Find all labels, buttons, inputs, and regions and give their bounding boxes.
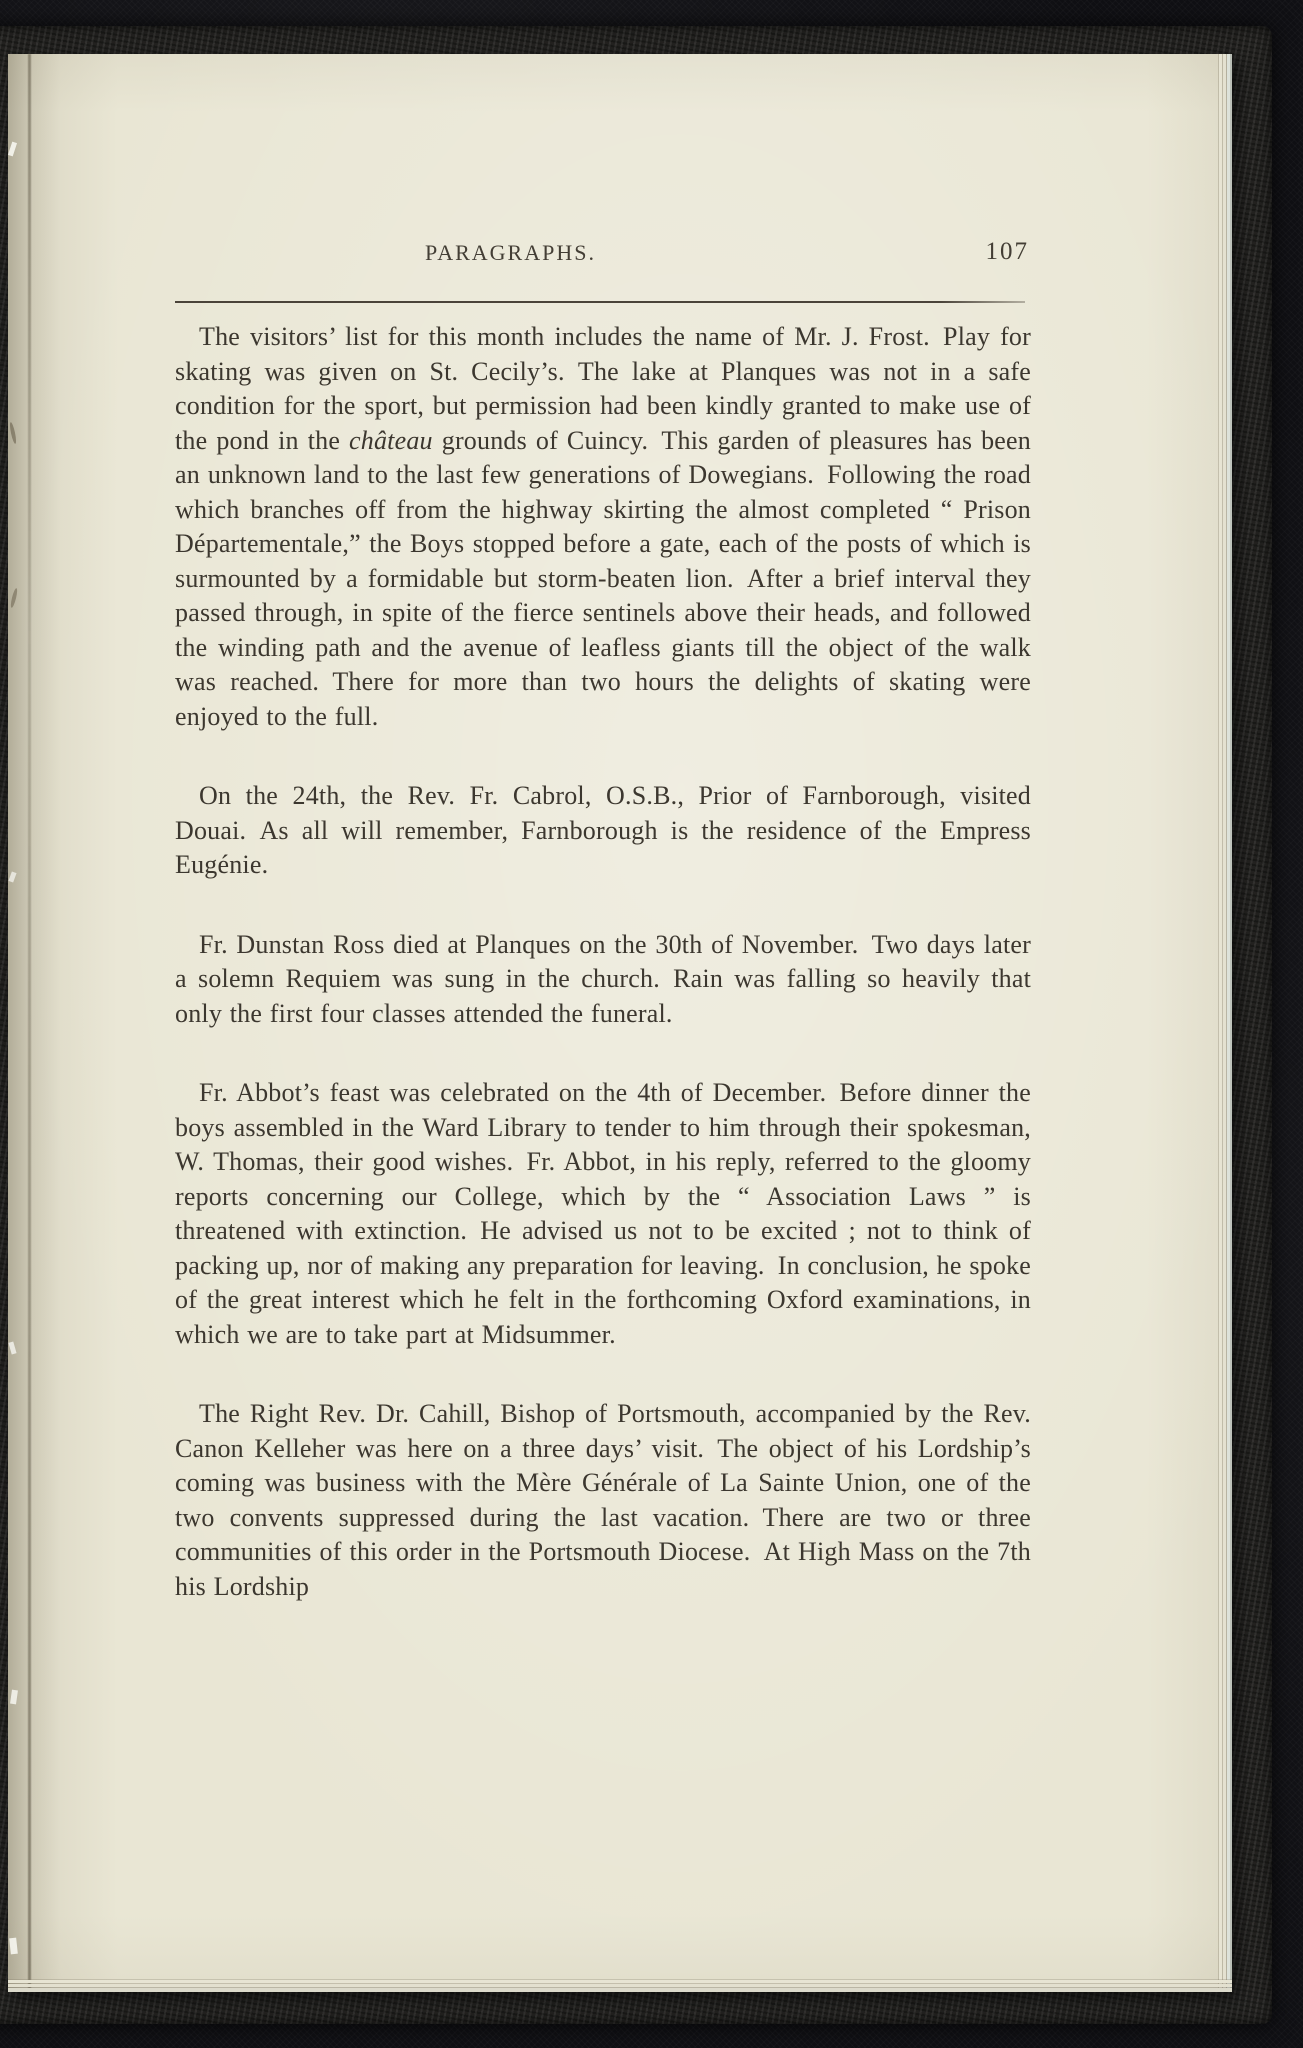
gutter-mark bbox=[10, 588, 19, 608]
paragraph-4: Fr. Abbot’s feast was celebrated on the … bbox=[175, 1076, 1031, 1352]
gutter-mark bbox=[8, 871, 16, 882]
italic-word-chateau: château bbox=[349, 426, 433, 455]
page-stack-edge-bottom bbox=[8, 1977, 1232, 1992]
paragraph-1: The visitors’ list for this month includ… bbox=[175, 320, 1031, 734]
gutter-mark bbox=[10, 1690, 18, 1705]
gutter-mark bbox=[8, 142, 17, 157]
book-page: PARAGRAPHS. 107 The visitors’ list for t… bbox=[8, 54, 1232, 1992]
running-head: PARAGRAPHS. 107 bbox=[175, 240, 1031, 272]
page-gutter-shadow bbox=[8, 54, 60, 1992]
header-rule bbox=[175, 301, 1025, 303]
gutter-mark bbox=[9, 1938, 18, 1955]
gutter-mark bbox=[8, 1342, 16, 1355]
page-stack-edge-right bbox=[1215, 54, 1232, 1992]
paragraph-2: On the 24th, the Rev. Fr. Cabrol, O.S.B.… bbox=[175, 779, 1031, 883]
paragraph-1-text-continued: grounds of Cuincy. This garden of pleasu… bbox=[175, 426, 1031, 731]
paragraph-5: The Right Rev. Dr. Cahill, Bishop of Por… bbox=[175, 1397, 1031, 1604]
paragraph-3: Fr. Dunstan Ross died at Planques on the… bbox=[175, 928, 1031, 1032]
body-text: The visitors’ list for this month includ… bbox=[175, 320, 1031, 1604]
running-head-title: PARAGRAPHS. bbox=[425, 240, 596, 266]
page-number: 107 bbox=[986, 238, 1030, 266]
page-gutter-crease bbox=[28, 54, 31, 1992]
book-photo: PARAGRAPHS. 107 The visitors’ list for t… bbox=[0, 0, 1303, 2048]
gutter-mark bbox=[9, 422, 17, 444]
